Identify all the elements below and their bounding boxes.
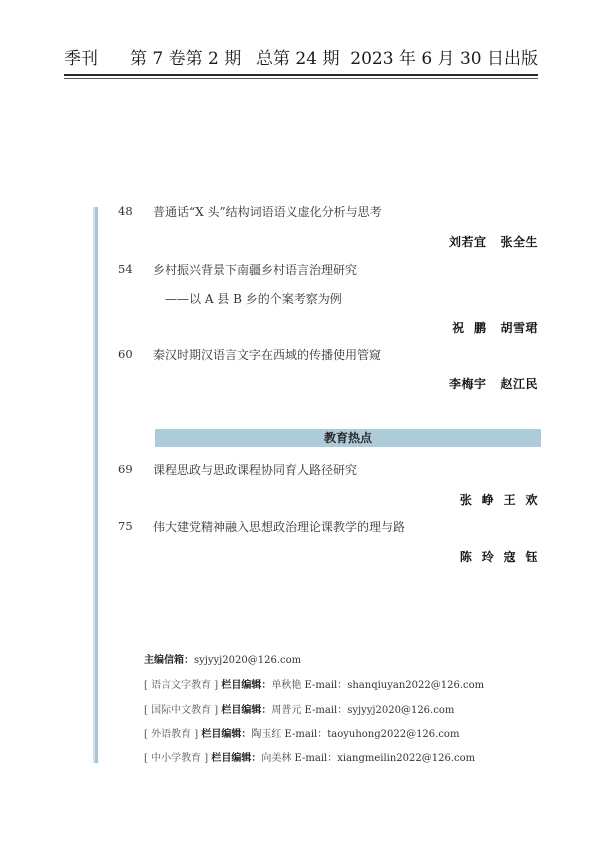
toc-authors: 刘若宜 张全生: [449, 233, 538, 250]
column-editor-email[interactable]: E-mail：shanqiuyan2022@126.com: [301, 680, 484, 691]
column-editor-line: [ 语言文字教育 ] 栏目编辑：单秋艳 E-mail：shanqiuyan202…: [144, 676, 484, 691]
chief-editor-label: 主编信箱：: [144, 655, 194, 666]
column-name: [ 外语教育 ]: [144, 729, 201, 740]
column-editor-line: [ 中小学教育 ] 栏目编辑：向美林 E-mail：xiangmeilin202…: [144, 749, 475, 764]
column-editor-label: 栏目编辑：: [211, 753, 261, 764]
volume-issue: 第 7 卷第 2 期: [130, 44, 241, 69]
column-editor-line: [ 国际中文教育 ] 栏目编辑：周普元 E-mail：syjyyj2020@12…: [144, 701, 454, 716]
toc-page-number: 48: [118, 204, 133, 218]
toc-title[interactable]: 乡村振兴背景下南疆乡村语言治理研究: [153, 261, 357, 278]
toc-page-number: 69: [118, 462, 133, 476]
header-rule-thick: [64, 74, 538, 76]
toc-authors: 祝 鹏 胡雪珺: [452, 319, 538, 336]
total-issue: 总第 24 期: [256, 44, 339, 69]
column-name: [ 语言文字教育 ]: [144, 680, 221, 691]
chief-editor-email[interactable]: syjyyj2020@126.com: [194, 655, 301, 666]
column-editor-name: 周普元: [271, 705, 301, 716]
toc-title[interactable]: 伟大建党精神融入思想政治理论课教学的理与路: [153, 518, 405, 535]
column-editor-email[interactable]: E-mail：xiangmeilin2022@126.com: [291, 753, 475, 764]
toc-title[interactable]: 课程思政与思政课程协同育人路径研究: [153, 461, 357, 478]
toc-subtitle: ——以 A 县 B 乡的个案考察为例: [165, 290, 342, 307]
column-editor-label: 栏目编辑：: [201, 729, 251, 740]
column-editor-email[interactable]: E-mail：taoyuhong2022@126.com: [281, 729, 459, 740]
toc-authors: 陈 玲 寇 钰: [460, 548, 538, 565]
header-rule-thin: [64, 78, 538, 79]
toc-title[interactable]: 秦汉时期汉语言文字在西域的传播使用管窥: [153, 346, 381, 363]
column-editor-label: 栏目编辑：: [221, 680, 271, 691]
column-editor-name: 陶玉红: [251, 729, 281, 740]
toc-title[interactable]: 普通话“X 头”结构词语语义虚化分析与思考: [153, 203, 382, 220]
column-editor-name: 单秋艳: [271, 680, 301, 691]
decorative-bar-dark: [95, 207, 98, 763]
chief-editor-email-line: 主编信箱：syjyyj2020@126.com: [144, 651, 301, 666]
column-name: [ 中小学教育 ]: [144, 753, 211, 764]
toc-page-number: 75: [118, 519, 133, 533]
journal-header: 季刊 第 7 卷第 2 期 总第 24 期 2023 年 6 月 30 日出版: [64, 44, 538, 66]
column-editor-line: [ 外语教育 ] 栏目编辑：陶玉红 E-mail：taoyuhong2022@1…: [144, 725, 459, 740]
column-editor-name: 向美林: [261, 753, 291, 764]
publish-date: 2023 年 6 月 30 日出版: [350, 44, 538, 69]
section-banner-education-hotspots: 教育热点: [155, 429, 541, 447]
toc-page-number: 60: [118, 347, 133, 361]
toc-authors: 张 峥 王 欢: [460, 491, 538, 508]
toc-authors: 李梅宇 赵江民: [449, 375, 538, 392]
frequency: 季刊: [64, 44, 98, 69]
column-editor-label: 栏目编辑：: [221, 705, 271, 716]
column-name: [ 国际中文教育 ]: [144, 705, 221, 716]
toc-page-number: 54: [118, 262, 133, 276]
column-editor-email[interactable]: E-mail：syjyyj2020@126.com: [301, 705, 454, 716]
